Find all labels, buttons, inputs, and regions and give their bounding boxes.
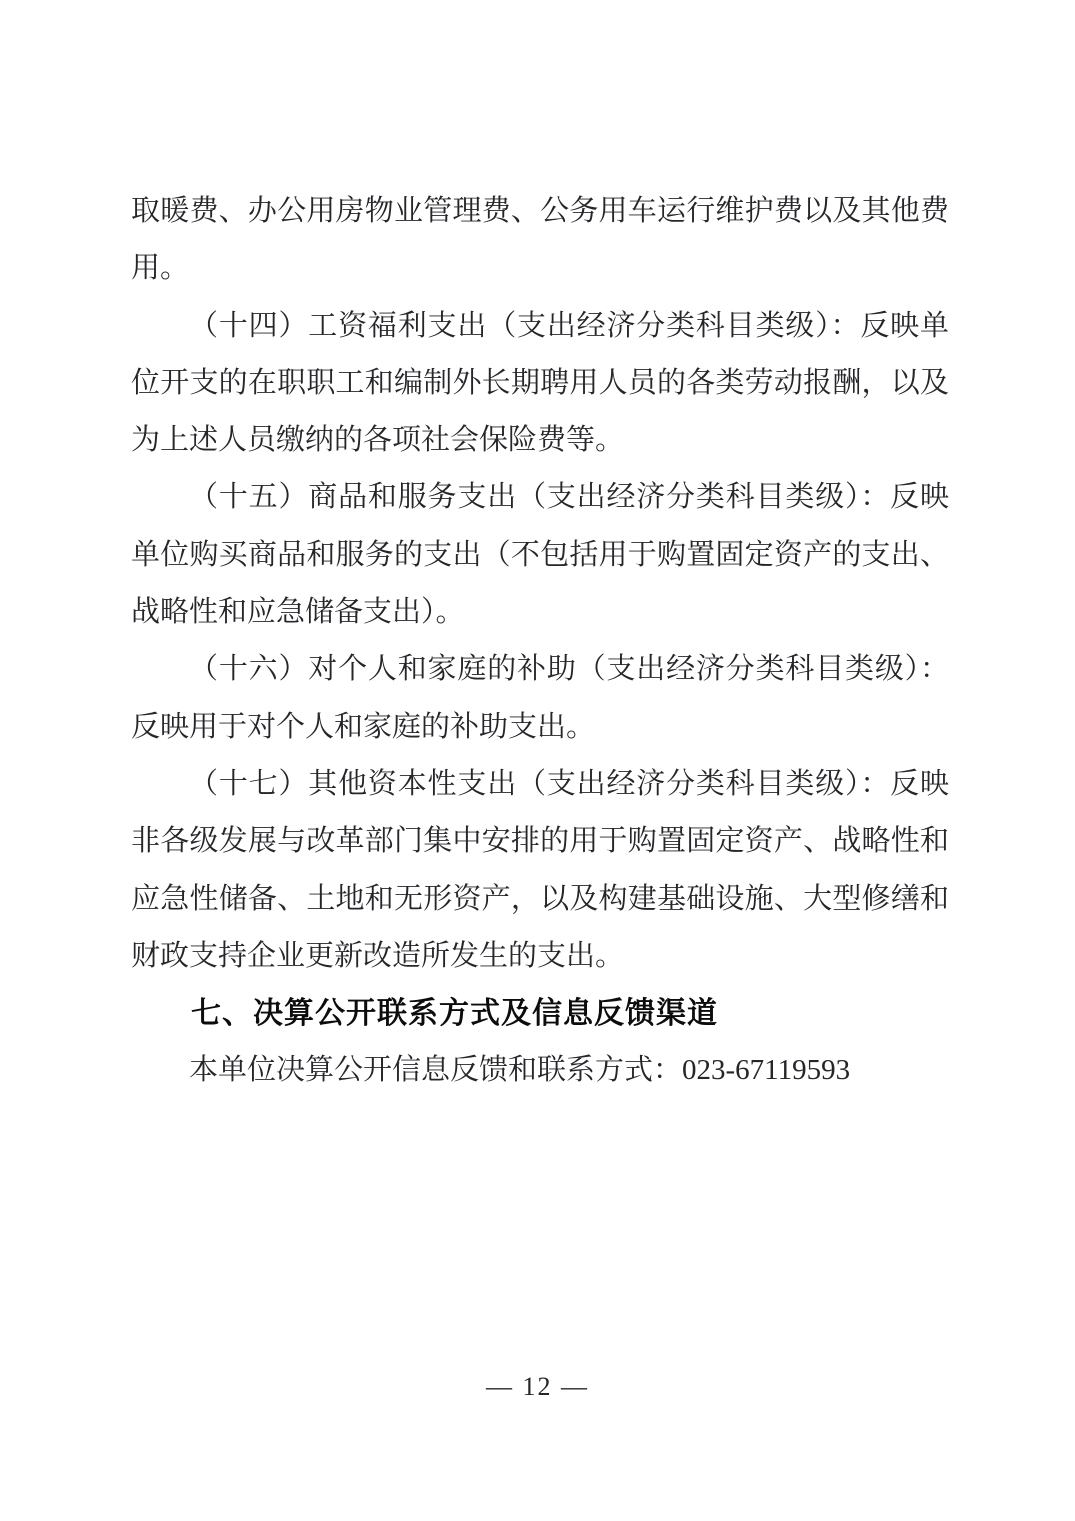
body-paragraph-item-16: （十六）对个人和家庭的补助（支出经济分类科目类级）：反映用于对个人和家庭的补助支… [131,641,949,756]
document-page: 取暖费、办公用房物业管理费、公务用车运行维护费以及其他费用。 （十四）工资福利支… [0,0,1075,1521]
contact-line: 本单位决算公开信息反馈和联系方式：023-67119593 [131,1042,949,1099]
document-body: 取暖费、办公用房物业管理费、公务用车运行维护费以及其他费用。 （十四）工资福利支… [131,183,949,1100]
body-paragraph-continuation: 取暖费、办公用房物业管理费、公务用车运行维护费以及其他费用。 [131,183,949,298]
page-number: — 12 — [0,1372,1075,1402]
body-paragraph-item-17: （十七）其他资本性支出（支出经济分类科目类级）：反映非各级发展与改革部门集中安排… [131,756,949,985]
section-heading: 七、决算公开联系方式及信息反馈渠道 [131,985,949,1042]
body-paragraph-item-15: （十五）商品和服务支出（支出经济分类科目类级）：反映单位购买商品和服务的支出（不… [131,469,949,641]
body-paragraph-item-14: （十四）工资福利支出（支出经济分类科目类级）：反映单位开支的在职职工和编制外长期… [131,298,949,470]
